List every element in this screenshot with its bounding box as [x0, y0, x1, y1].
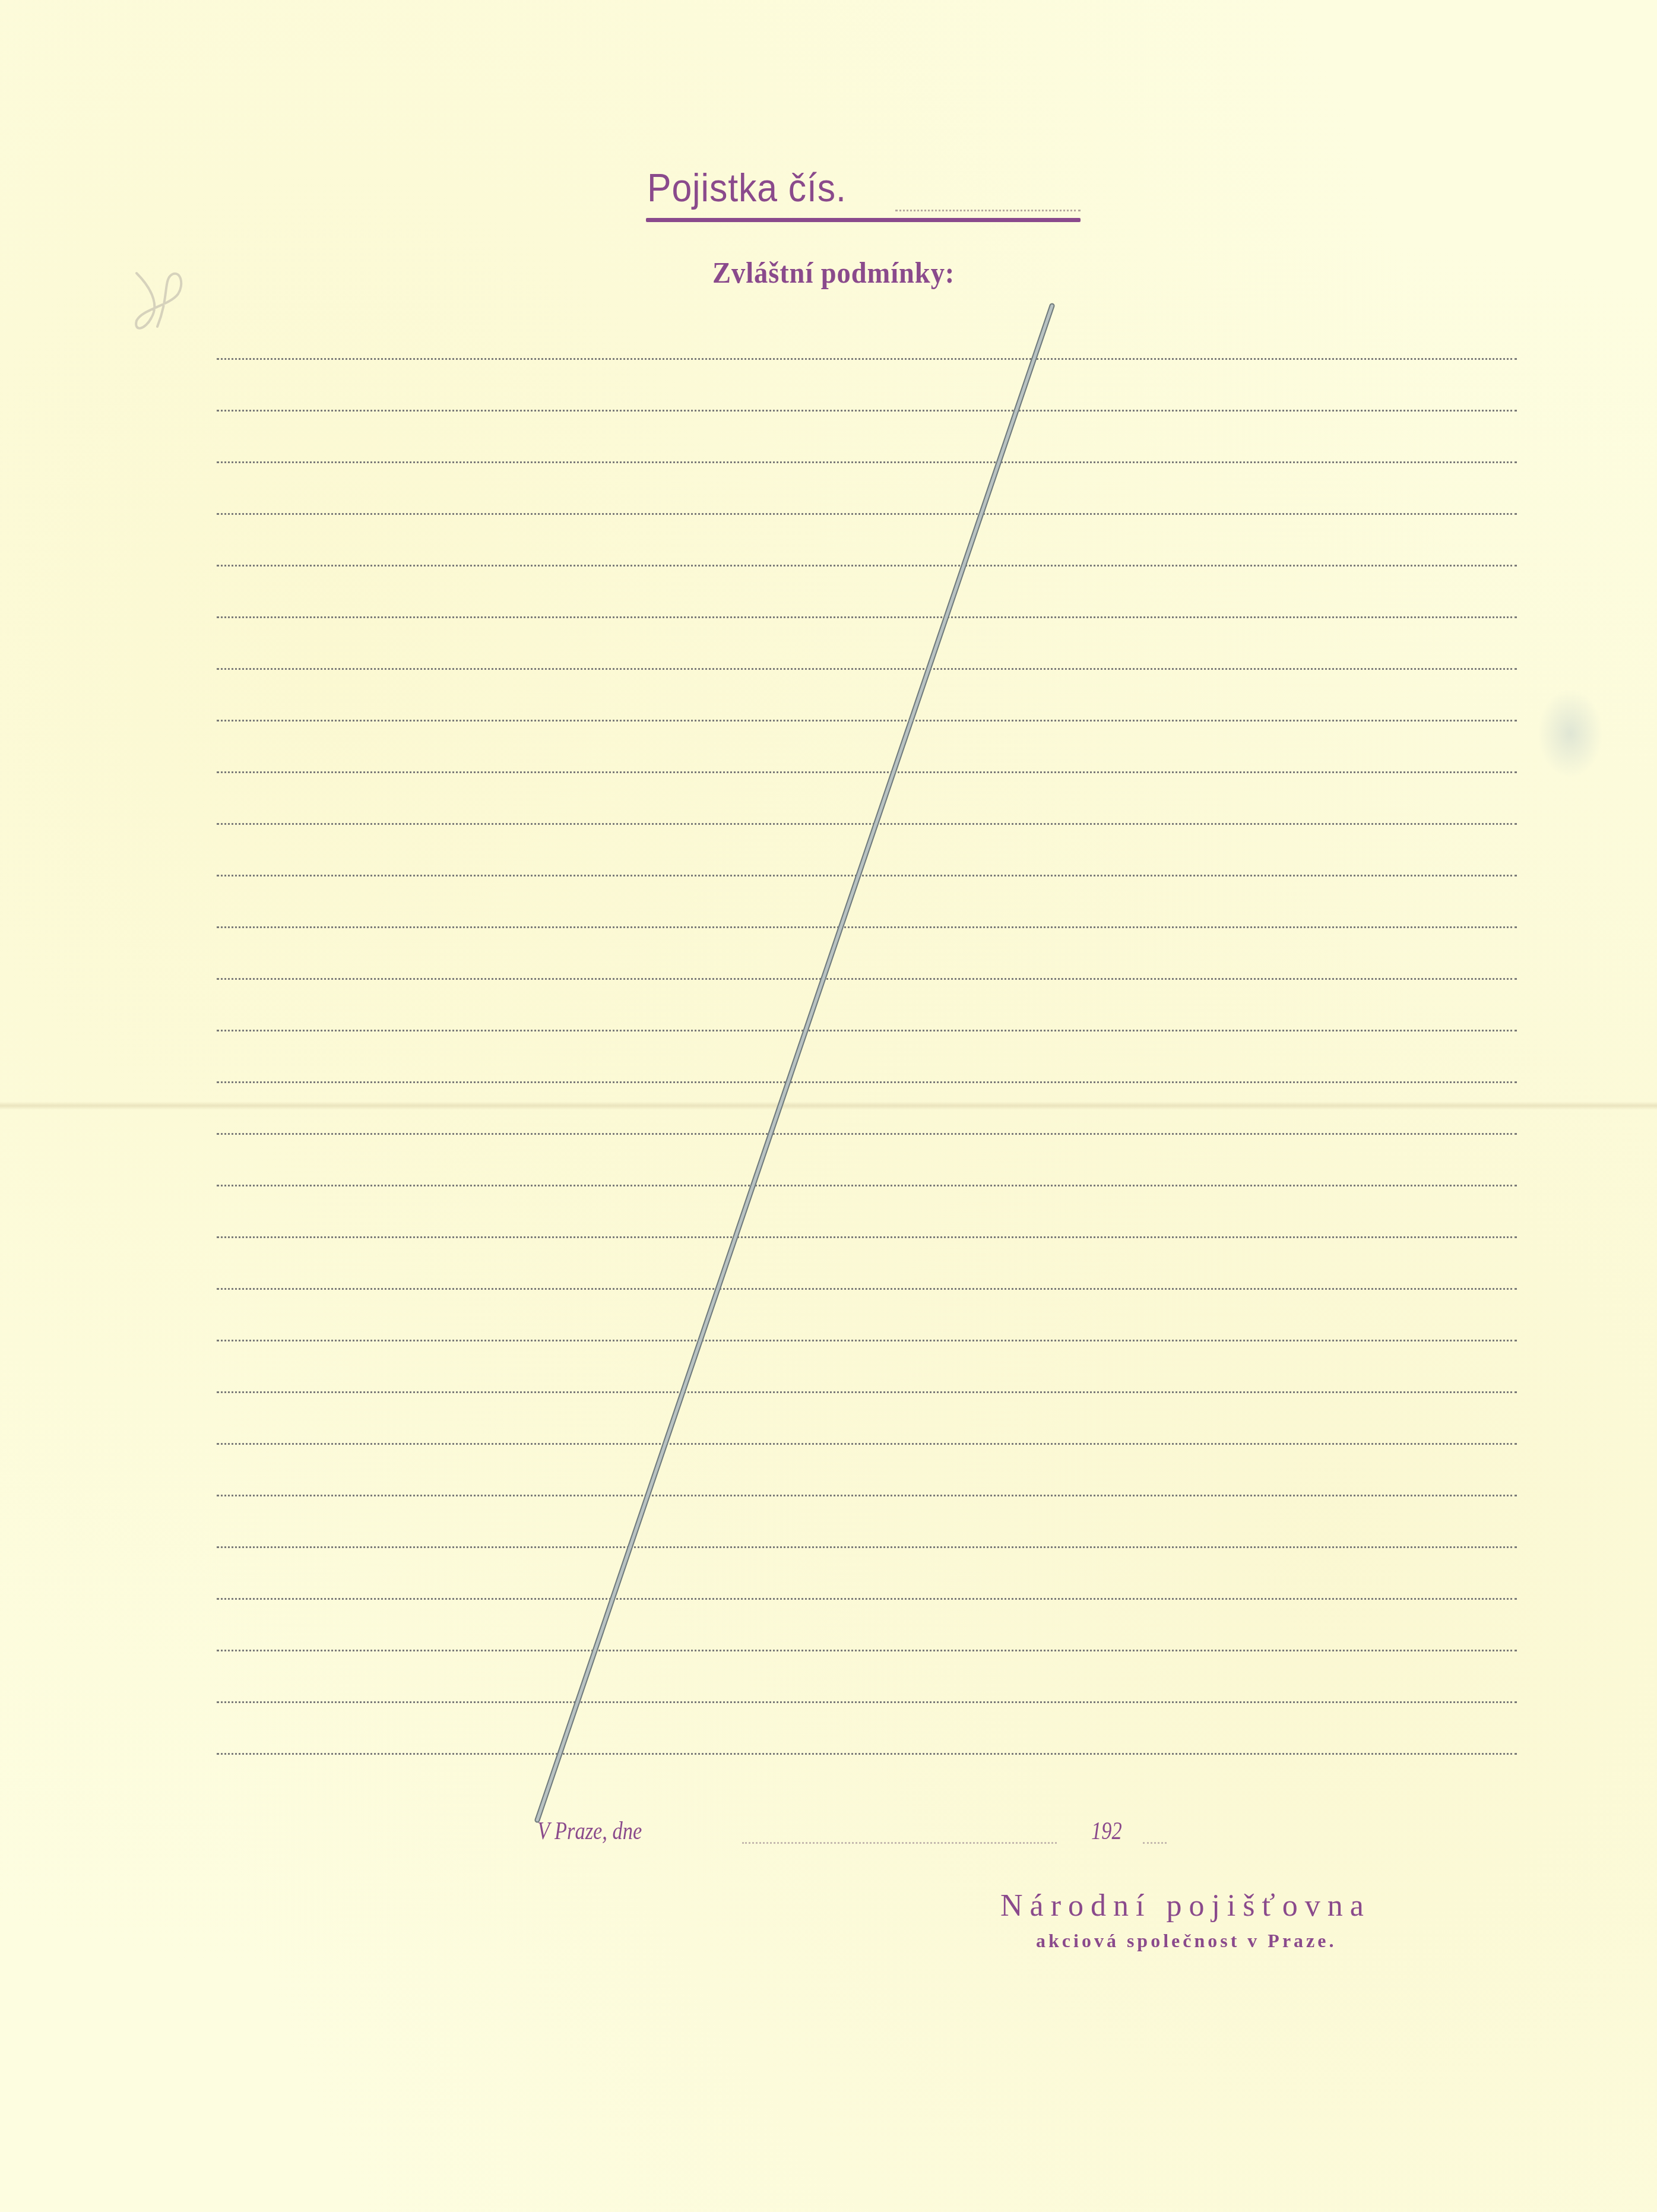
year-prefix: 192 — [1091, 1817, 1122, 1846]
company-name: Národní pojišťovna — [1000, 1888, 1371, 1923]
strike-through-pencil-line — [0, 0, 1657, 2212]
company-subtitle: akciová společnost v Praze. — [1036, 1930, 1337, 1952]
date-field[interactable] — [742, 1842, 1057, 1844]
year-suffix-field[interactable] — [1143, 1842, 1167, 1844]
date-label: V Praze, dne — [537, 1817, 642, 1846]
